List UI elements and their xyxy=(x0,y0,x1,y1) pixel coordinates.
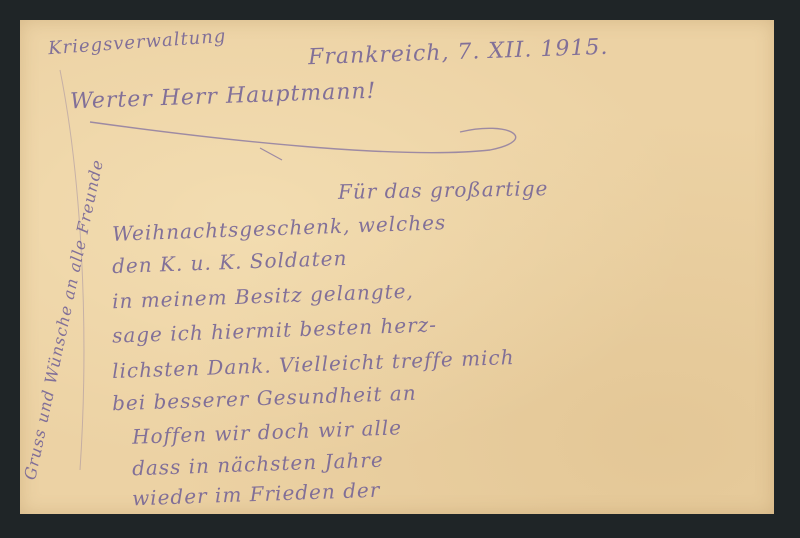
body-line-1: Für das großartige xyxy=(338,176,549,204)
postcard: Kriegsverwaltung Frankreich, 7. XII. 191… xyxy=(20,20,774,514)
